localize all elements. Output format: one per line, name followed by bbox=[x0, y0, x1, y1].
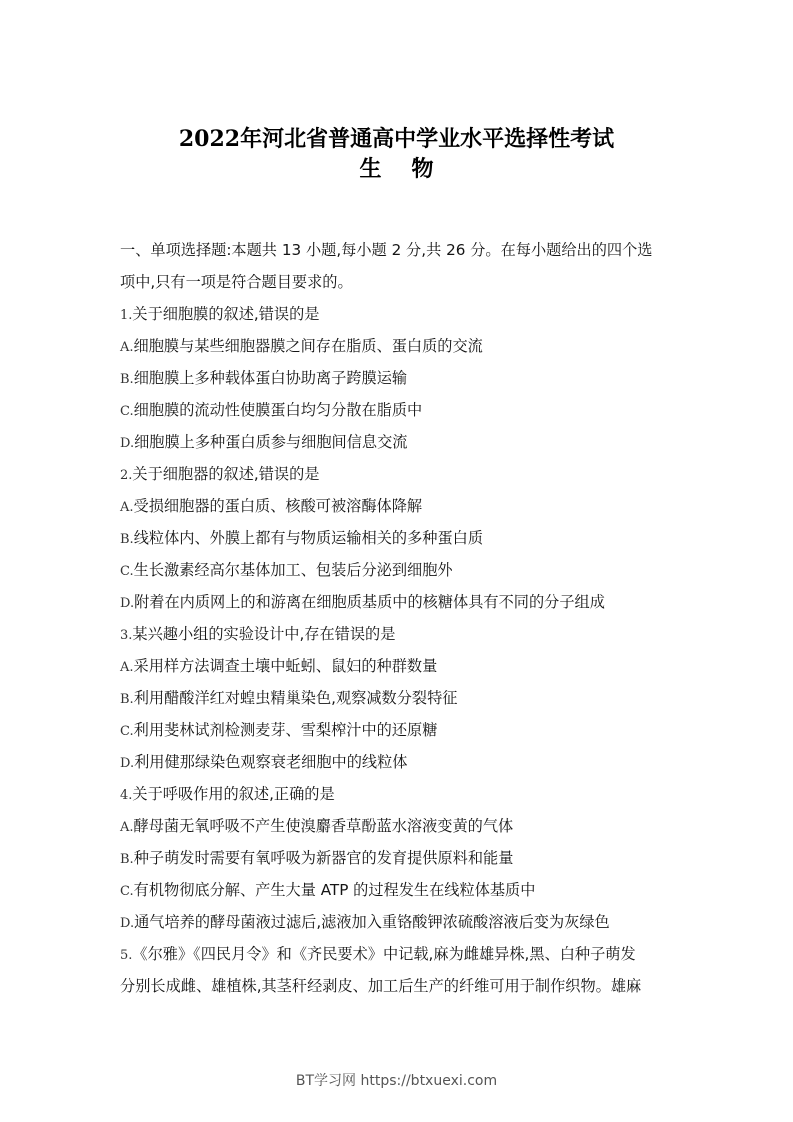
option-text: 通气培养的酵母菌液过滤后,滤液加入重铬酸钾浓硫酸溶液后变为灰绿色 bbox=[134, 913, 610, 931]
option-label: C. bbox=[120, 404, 134, 419]
question-2-option-c: C.生长激素经高尔基体加工、包装后分泌到细胞外 bbox=[120, 554, 680, 586]
question-2-stem: 2.关于细胞器的叙述,错误的是 bbox=[120, 458, 680, 490]
option-text: 种子萌发时需要有氧呼吸为新器官的发育提供原料和能量 bbox=[134, 849, 514, 867]
option-label: D. bbox=[120, 596, 134, 611]
option-text: 采用样方法调查土壤中蚯蚓、鼠妇的种群数量 bbox=[134, 657, 438, 675]
question-3-option-b: B.利用醋酸洋红对蝗虫精巢染色,观察减数分裂特征 bbox=[120, 682, 680, 714]
question-4-option-c: C.有机物彻底分解、产生大量 ATP 的过程发生在线粒体基质中 bbox=[120, 874, 680, 906]
question-4-option-b: B.种子萌发时需要有氧呼吸为新器官的发育提供原料和能量 bbox=[120, 842, 680, 874]
question-2-option-d: D.附着在内质网上的和游离在细胞质基质中的核糖体具有不同的分子组成 bbox=[120, 586, 680, 618]
subject-char-2: 物 bbox=[412, 154, 434, 186]
option-text: 利用健那绿染色观察衰老细胞中的线粒体 bbox=[134, 753, 407, 771]
question-2-option-a: A.受损细胞器的蛋白质、核酸可被溶酶体降解 bbox=[120, 490, 680, 522]
option-label: A. bbox=[120, 340, 134, 355]
question-3-option-d: D.利用健那绿染色观察衰老细胞中的线粒体 bbox=[120, 746, 680, 778]
question-1-option-d: D.细胞膜上多种蛋白质参与细胞间信息交流 bbox=[120, 426, 680, 458]
question-1-option-b: B.细胞膜上多种载体蛋白协助离子跨膜运输 bbox=[120, 362, 680, 394]
question-1-option-a: A.细胞膜与某些细胞器膜之间存在脂质、蛋白质的交流 bbox=[120, 330, 680, 362]
option-text: 细胞膜与某些细胞器膜之间存在脂质、蛋白质的交流 bbox=[134, 337, 483, 355]
option-text: 细胞膜上多种蛋白质参与细胞间信息交流 bbox=[134, 433, 407, 451]
option-label: A. bbox=[120, 660, 134, 675]
option-label: B. bbox=[120, 372, 134, 387]
question-text: 关于呼吸作用的叙述,正确的是 bbox=[132, 785, 334, 803]
option-label: B. bbox=[120, 852, 134, 867]
subject-title: 生物 bbox=[0, 154, 793, 186]
option-text: 线粒体内、外膜上都有与物质运输相关的多种蛋白质 bbox=[134, 529, 483, 547]
section-heading-line-2: 项中,只有一项是符合题目要求的。 bbox=[120, 266, 680, 298]
section-heading-line-1: 一、单项选择题:本题共 13 小题,每小题 2 分,共 26 分。在每小题给出的… bbox=[120, 234, 680, 266]
question-4-option-d: D.通气培养的酵母菌液过滤后,滤液加入重铬酸钾浓硫酸溶液后变为灰绿色 bbox=[120, 906, 680, 938]
option-label: B. bbox=[120, 692, 134, 707]
option-text: 酵母菌无氧呼吸不产生使溴麝香草酚蓝水溶液变黄的气体 bbox=[134, 817, 514, 835]
option-text: 利用斐林试剂检测麦芽、雪梨榨汁中的还原糖 bbox=[134, 721, 438, 739]
subject-char-1: 生 bbox=[359, 154, 381, 186]
question-3-option-c: C.利用斐林试剂检测麦芽、雪梨榨汁中的还原糖 bbox=[120, 714, 680, 746]
option-label: D. bbox=[120, 916, 134, 931]
question-4-stem: 4.关于呼吸作用的叙述,正确的是 bbox=[120, 778, 680, 810]
question-5-stem-line-1: 5.《尔雅》《四民月令》和《齐民要术》中记载,麻为雌雄异株,黑、白种子萌发 bbox=[120, 938, 680, 970]
question-number: 4. bbox=[120, 788, 132, 803]
option-text: 生长激素经高尔基体加工、包装后分泌到细胞外 bbox=[134, 561, 453, 579]
question-text: 某兴趣小组的实验设计中,存在错误的是 bbox=[132, 625, 395, 643]
option-text: 细胞膜的流动性使膜蛋白均匀分散在脂质中 bbox=[134, 401, 423, 419]
option-label: B. bbox=[120, 532, 134, 547]
option-label: C. bbox=[120, 564, 134, 579]
question-text: 《尔雅》《四民月令》和《齐民要术》中记载,麻为雌雄异株,黑、白种子萌发 bbox=[132, 945, 635, 963]
question-2-option-b: B.线粒体内、外膜上都有与物质运输相关的多种蛋白质 bbox=[120, 522, 680, 554]
option-label: D. bbox=[120, 436, 134, 451]
option-text: 细胞膜上多种载体蛋白协助离子跨膜运输 bbox=[134, 369, 407, 387]
document-body: 一、单项选择题:本题共 13 小题,每小题 2 分,共 26 分。在每小题给出的… bbox=[120, 234, 680, 1002]
question-5-stem-line-2: 分别长成雌、雄植株,其茎秆经剥皮、加工后生产的纤维可用于制作织物。雄麻 bbox=[120, 970, 680, 1002]
question-text: 关于细胞器的叙述,错误的是 bbox=[132, 465, 319, 483]
question-1-stem: 1.关于细胞膜的叙述,错误的是 bbox=[120, 298, 680, 330]
question-number: 2. bbox=[120, 468, 132, 483]
question-number: 1. bbox=[120, 308, 132, 323]
question-text: 关于细胞膜的叙述,错误的是 bbox=[132, 305, 319, 323]
exam-title: 2022年河北省普通高中学业水平选择性考试 bbox=[0, 124, 793, 154]
option-label: C. bbox=[120, 884, 134, 899]
document-header: 2022年河北省普通高中学业水平选择性考试 生物 bbox=[0, 124, 793, 186]
option-label: D. bbox=[120, 756, 134, 771]
watermark-footer: BT学习网 https://btxuexi.com bbox=[0, 1070, 793, 1090]
question-4-option-a: A.酵母菌无氧呼吸不产生使溴麝香草酚蓝水溶液变黄的气体 bbox=[120, 810, 680, 842]
question-number: 3. bbox=[120, 628, 132, 643]
question-3-stem: 3.某兴趣小组的实验设计中,存在错误的是 bbox=[120, 618, 680, 650]
option-text: 附着在内质网上的和游离在细胞质基质中的核糖体具有不同的分子组成 bbox=[134, 593, 605, 611]
question-3-option-a: A.采用样方法调查土壤中蚯蚓、鼠妇的种群数量 bbox=[120, 650, 680, 682]
question-1-option-c: C.细胞膜的流动性使膜蛋白均匀分散在脂质中 bbox=[120, 394, 680, 426]
option-text: 有机物彻底分解、产生大量 ATP 的过程发生在线粒体基质中 bbox=[134, 881, 536, 899]
option-label: A. bbox=[120, 820, 134, 835]
option-label: A. bbox=[120, 500, 134, 515]
option-label: C. bbox=[120, 724, 134, 739]
option-text: 利用醋酸洋红对蝗虫精巢染色,观察减数分裂特征 bbox=[134, 689, 458, 707]
question-number: 5. bbox=[120, 948, 132, 963]
option-text: 受损细胞器的蛋白质、核酸可被溶酶体降解 bbox=[134, 497, 423, 515]
